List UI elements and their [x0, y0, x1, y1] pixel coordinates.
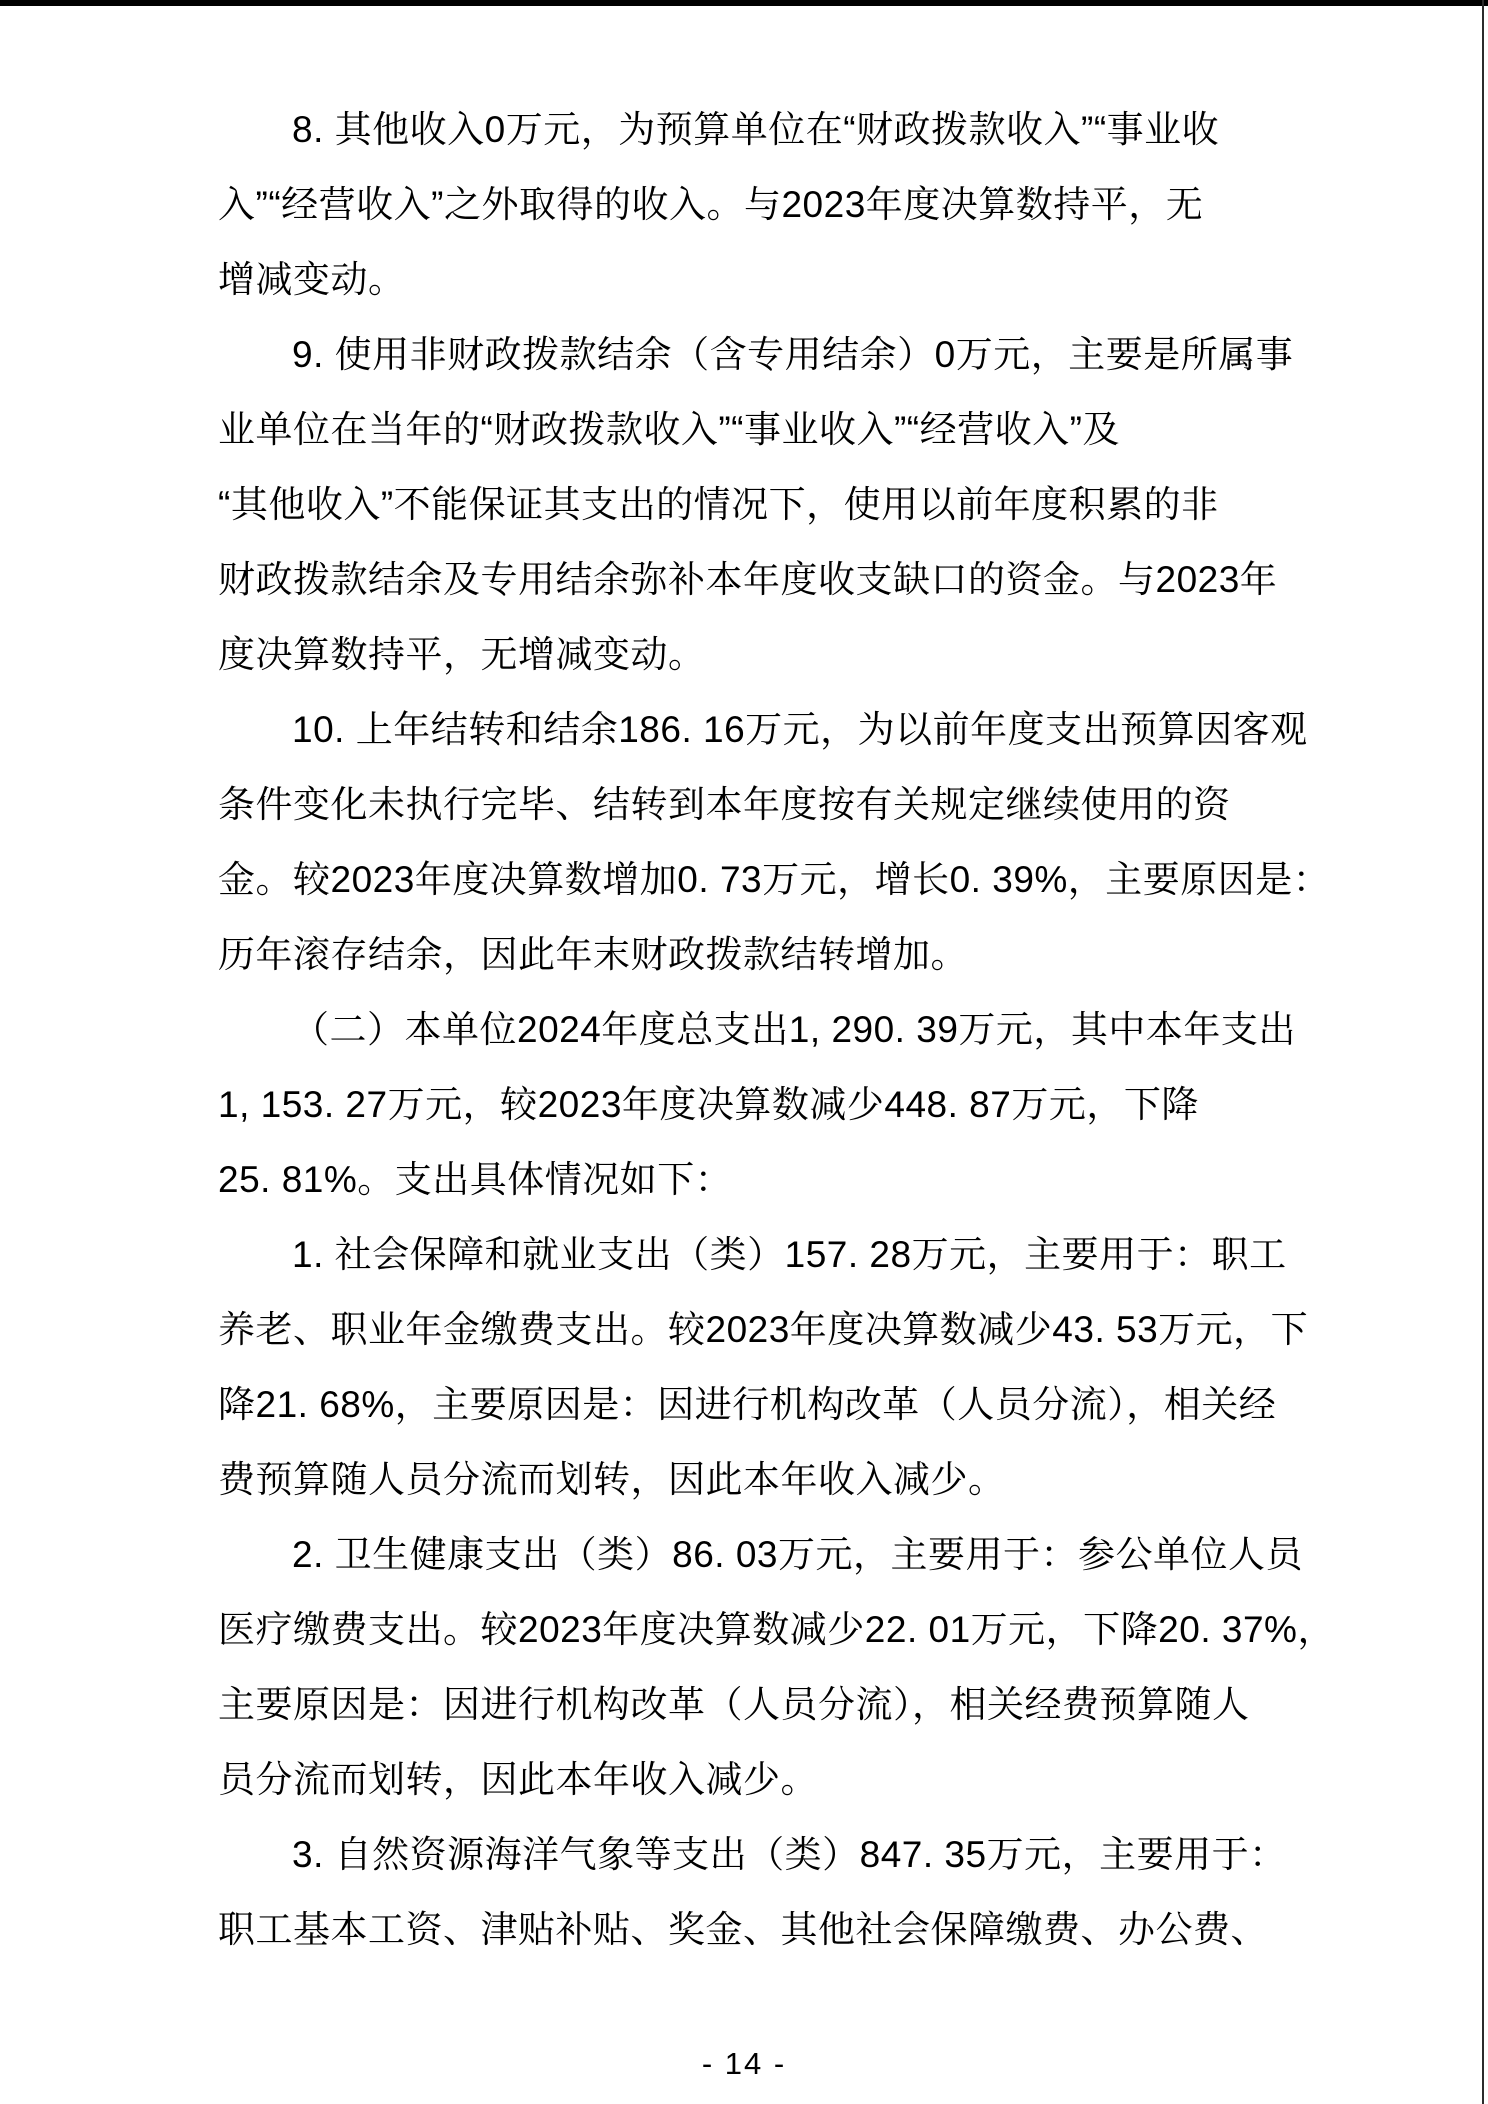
text-line: 9. 使用非财政拨款结余（含专用结余）0万元，主要是所属事 [218, 317, 1338, 392]
text-line: 1, 153. 27万元，较2023年度决算数减少448. 87万元，下降 [218, 1067, 1338, 1142]
document-body: 8. 其他收入0万元，为预算单位在“财政拨款收入”“事业收入”“经营收入”之外取… [218, 92, 1338, 1967]
text-line: 增减变动。 [218, 242, 1338, 317]
text-line: 历年滚存结余，因此年末财政拨款结转增加。 [218, 917, 1338, 992]
text-line: 员分流而划转，因此本年收入减少。 [218, 1742, 1338, 1817]
text-line: 主要原因是：因进行机构改革（人员分流），相关经费预算随人 [218, 1667, 1338, 1742]
document-page: 8. 其他收入0万元，为预算单位在“财政拨款收入”“事业收入”“经营收入”之外取… [0, 0, 1488, 2104]
text-line: 降21. 68%，主要原因是：因进行机构改革（人员分流），相关经 [218, 1367, 1338, 1442]
text-line: 医疗缴费支出。较2023年度决算数减少22. 01万元，下降20. 37%， [218, 1592, 1338, 1667]
text-line: 2. 卫生健康支出（类）86. 03万元，主要用于：参公单位人员 [218, 1517, 1338, 1592]
text-line: （二）本单位2024年度总支出1, 290. 39万元，其中本年支出 [218, 992, 1338, 1067]
scan-artifact-top-bar [0, 0, 1488, 6]
text-line: 度决算数持平，无增减变动。 [218, 617, 1338, 692]
text-line: 10. 上年结转和结余186. 16万元，为以前年度支出预算因客观 [218, 692, 1338, 767]
scan-artifact-right-edge-line [1482, 0, 1484, 2104]
text-line: 金。较2023年度决算数增加0. 73万元，增长0. 39%，主要原因是： [218, 842, 1338, 917]
text-line: 3. 自然资源海洋气象等支出（类）847. 35万元，主要用于： [218, 1817, 1338, 1892]
text-line: 业单位在当年的“财政拨款收入”“事业收入”“经营收入”及 [218, 392, 1338, 467]
text-line: 1. 社会保障和就业支出（类）157. 28万元，主要用于：职工 [218, 1217, 1338, 1292]
text-line: 职工基本工资、津贴补贴、奖金、其他社会保障缴费、办公费、 [218, 1892, 1338, 1967]
text-line: 条件变化未执行完毕、结转到本年度按有关规定继续使用的资 [218, 767, 1338, 842]
text-line: 8. 其他收入0万元，为预算单位在“财政拨款收入”“事业收 [218, 92, 1338, 167]
text-line: 财政拨款结余及专用结余弥补本年度收支缺口的资金。与2023年 [218, 542, 1338, 617]
text-line: 25. 81%。支出具体情况如下： [218, 1142, 1338, 1217]
page-number: - 14 - [0, 2042, 1488, 2086]
text-line: “其他收入”不能保证其支出的情况下，使用以前年度积累的非 [218, 467, 1338, 542]
text-line: 费预算随人员分流而划转，因此本年收入减少。 [218, 1442, 1338, 1517]
text-line: 养老、职业年金缴费支出。较2023年度决算数减少43. 53万元，下 [218, 1292, 1338, 1367]
text-line: 入”“经营收入”之外取得的收入。与2023年度决算数持平，无 [218, 167, 1338, 242]
